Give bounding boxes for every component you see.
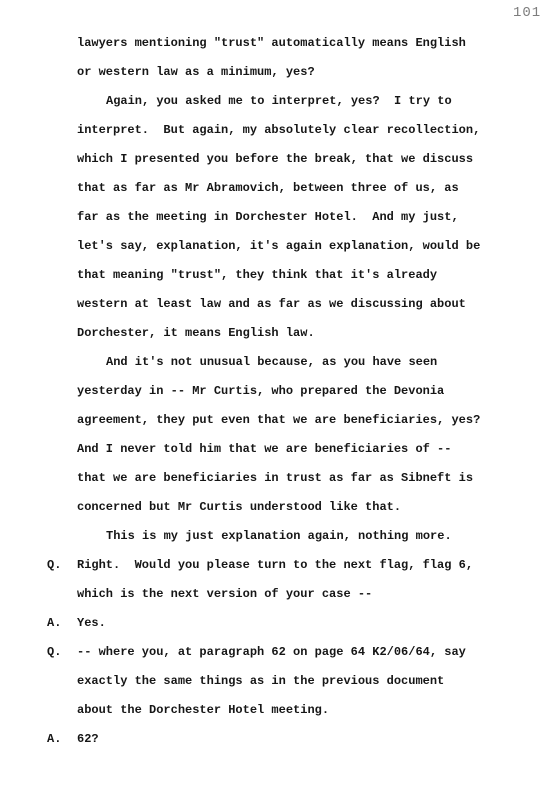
line-text: let's say, explanation, it's again expla… (77, 232, 480, 261)
transcript-line: that we are beneficiaries in trust as fa… (47, 464, 547, 493)
speaker-label (47, 667, 77, 696)
speaker-label (47, 203, 77, 232)
line-text: yesterday in -- Mr Curtis, who prepared … (77, 377, 444, 406)
transcript-line: agreement, they put even that we are ben… (47, 406, 547, 435)
line-text: which I presented you before the break, … (77, 145, 473, 174)
speaker-label: A. (47, 609, 77, 638)
speaker-label (47, 464, 77, 493)
transcript-line: which I presented you before the break, … (47, 145, 547, 174)
speaker-label: Q. (47, 551, 77, 580)
line-text: lawyers mentioning "trust" automatically… (77, 29, 466, 58)
transcript-line: western at least law and as far as we di… (47, 290, 547, 319)
line-text: This is my just explanation again, nothi… (77, 522, 452, 551)
transcript-line: concerned but Mr Curtis understood like … (47, 493, 547, 522)
transcript-line: And I never told him that we are benefic… (47, 435, 547, 464)
speaker-label (47, 232, 77, 261)
speaker-label (47, 87, 77, 116)
speaker-label (47, 29, 77, 58)
line-text: agreement, they put even that we are ben… (77, 406, 480, 435)
line-text: or western law as a minimum, yes? (77, 58, 315, 87)
speaker-label (47, 435, 77, 464)
speaker-label (47, 696, 77, 725)
transcript-line: lawyers mentioning "trust" automatically… (47, 29, 547, 58)
line-text: Dorchester, it means English law. (77, 319, 315, 348)
transcript-line: or western law as a minimum, yes? (47, 58, 547, 87)
transcript-line: This is my just explanation again, nothi… (47, 522, 547, 551)
speaker-label (47, 319, 77, 348)
line-text: that we are beneficiaries in trust as fa… (77, 464, 473, 493)
line-text: And it's not unusual because, as you hav… (77, 348, 437, 377)
speaker-label (47, 174, 77, 203)
transcript-body: lawyers mentioning "trust" automatically… (47, 29, 547, 754)
speaker-label (47, 58, 77, 87)
transcript-line: A.62? (47, 725, 547, 754)
transcript-line: let's say, explanation, it's again expla… (47, 232, 547, 261)
transcript-line: exactly the same things as in the previo… (47, 667, 547, 696)
transcript-line: far as the meeting in Dorchester Hotel. … (47, 203, 547, 232)
line-text: -- where you, at paragraph 62 on page 64… (77, 638, 466, 667)
speaker-label: Q. (47, 638, 77, 667)
transcript-line: Q.-- where you, at paragraph 62 on page … (47, 638, 547, 667)
line-text: concerned but Mr Curtis understood like … (77, 493, 401, 522)
speaker-label (47, 116, 77, 145)
line-text: which is the next version of your case -… (77, 580, 372, 609)
transcript-line: Q.Right. Would you please turn to the ne… (47, 551, 547, 580)
transcript-line: that meaning "trust", they think that it… (47, 261, 547, 290)
line-text: Right. Would you please turn to the next… (77, 551, 473, 580)
line-text: far as the meeting in Dorchester Hotel. … (77, 203, 459, 232)
transcript-line: yesterday in -- Mr Curtis, who prepared … (47, 377, 547, 406)
transcript-line: which is the next version of your case -… (47, 580, 547, 609)
speaker-label (47, 493, 77, 522)
page-number: 101 (513, 5, 541, 21)
transcript-line: that as far as Mr Abramovich, between th… (47, 174, 547, 203)
line-text: about the Dorchester Hotel meeting. (77, 696, 329, 725)
transcript-line: Dorchester, it means English law. (47, 319, 547, 348)
speaker-label (47, 145, 77, 174)
speaker-label (47, 522, 77, 551)
line-text: 62? (77, 725, 99, 754)
line-text: Yes. (77, 609, 106, 638)
speaker-label (47, 406, 77, 435)
speaker-label: A. (47, 725, 77, 754)
speaker-label (47, 290, 77, 319)
transcript-line: A.Yes. (47, 609, 547, 638)
transcript-line: about the Dorchester Hotel meeting. (47, 696, 547, 725)
transcript-line: Again, you asked me to interpret, yes? I… (47, 87, 547, 116)
line-text: that as far as Mr Abramovich, between th… (77, 174, 459, 203)
speaker-label (47, 261, 77, 290)
speaker-label (47, 377, 77, 406)
line-text: western at least law and as far as we di… (77, 290, 466, 319)
speaker-label (47, 580, 77, 609)
line-text: that meaning "trust", they think that it… (77, 261, 437, 290)
line-text: Again, you asked me to interpret, yes? I… (77, 87, 452, 116)
line-text: And I never told him that we are benefic… (77, 435, 451, 464)
speaker-label (47, 348, 77, 377)
line-text: interpret. But again, my absolutely clea… (77, 116, 480, 145)
transcript-line: And it's not unusual because, as you hav… (47, 348, 547, 377)
line-text: exactly the same things as in the previo… (77, 667, 444, 696)
transcript-line: interpret. But again, my absolutely clea… (47, 116, 547, 145)
